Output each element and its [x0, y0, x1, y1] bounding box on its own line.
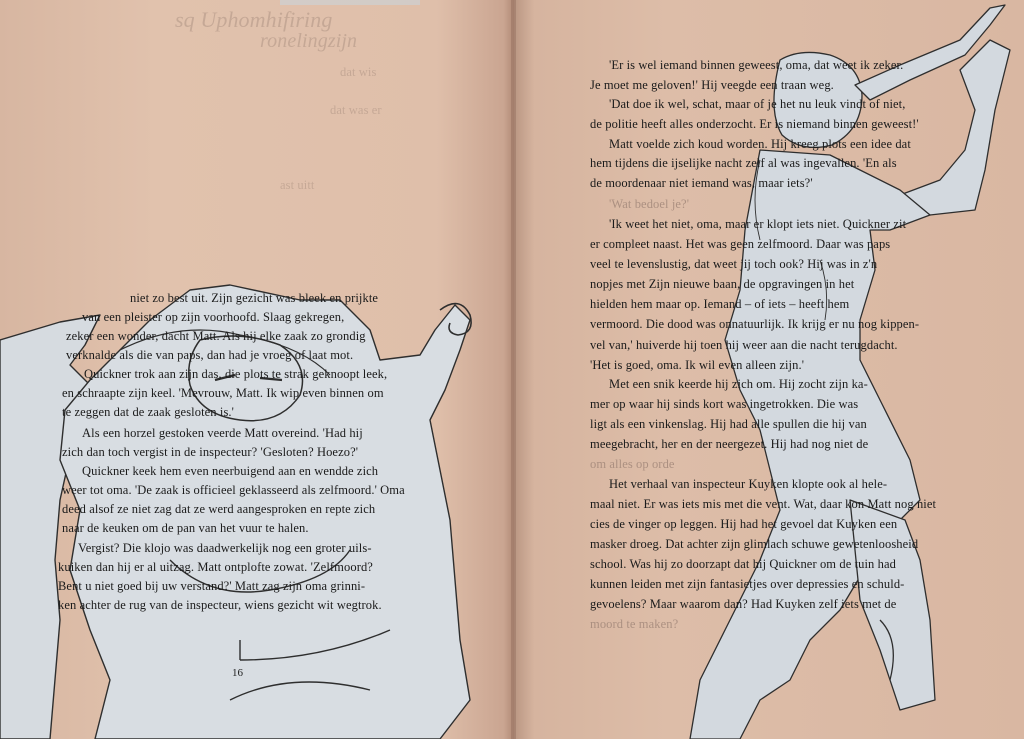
- text-line: vel van,' huiverde hij toen hij weer aan…: [590, 337, 898, 353]
- text-line: vermoord. Die dood was onnatuurlijk. Ik …: [590, 316, 919, 332]
- text-line: Je moet me geloven!' Hij veegde een traa…: [590, 77, 834, 93]
- text-line: 'Er is wel iemand binnen geweest, oma, d…: [609, 57, 903, 73]
- text-line: er compleet naast. Het was geen zelfmoor…: [590, 236, 890, 252]
- text-line: maal niet. Er was iets mis met die vent.…: [590, 496, 936, 512]
- text-line: Quickner trok aan zijn das, die plots te…: [84, 366, 387, 382]
- text-line: gevoelens? Maar waarom dan? Had Kuyken z…: [590, 596, 896, 612]
- text-line: de politie heeft alles onderzocht. Er is…: [590, 116, 919, 132]
- text-line: zich dan toch vergist in de inspecteur? …: [62, 444, 358, 460]
- text-line: naar de keuken om de pan van het vuur te…: [62, 520, 309, 536]
- text-line: kuiken dan hij er al uitzag. Matt ontplo…: [58, 559, 373, 575]
- text-line: veel te levenslustig, dat weet jij toch …: [590, 256, 877, 272]
- text-line: weer tot oma. 'De zaak is officieel gekl…: [62, 482, 405, 498]
- text-line: 'Wat bedoel je?': [609, 196, 689, 212]
- text-line: niet zo best uit. Zijn gezicht was bleek…: [130, 290, 378, 306]
- text-line: masker droeg. Dat achter zijn glimlach s…: [590, 536, 918, 552]
- text-line: meegebracht, her en der neergezet. Hij h…: [590, 436, 868, 452]
- page-number: 16: [232, 667, 243, 679]
- text-line: 'Dat doe ik wel, schat, maar of je het n…: [609, 96, 905, 112]
- text-line: Quickner keek hem even neerbuigend aan e…: [82, 463, 378, 479]
- text-line: nopjes met Zijn nieuwe baan, de opgravin…: [590, 276, 854, 292]
- text-line: van een pleister op zijn voorhoofd. Slaa…: [82, 309, 344, 325]
- text-line: Als een horzel gestoken veerde Matt over…: [82, 425, 363, 441]
- text-line: ken achter de rug van de inspecteur, wie…: [58, 597, 382, 613]
- text-line: moord te maken?: [590, 616, 678, 632]
- text-line: 'Ik weet het niet, oma, maar er klopt ie…: [609, 216, 906, 232]
- text-line: om alles op orde: [590, 456, 675, 472]
- text-line: Met een snik keerde hij zich om. Hij zoc…: [609, 376, 868, 392]
- text-line: 'Het is goed, oma. Ik wil even alleen zi…: [590, 357, 804, 373]
- text-line: deed alsof ze niet zag dat ze werd aange…: [62, 501, 375, 517]
- text-line: zeker een wonder, dacht Matt. Als hij el…: [66, 328, 366, 344]
- text-line: kunnen leiden met zijn fantasietjes over…: [590, 576, 904, 592]
- text-line: cies de vinger op leggen. Hij had het ge…: [590, 516, 897, 532]
- text-line: Vergist? Die klojo was daadwerkelijk nog…: [78, 540, 372, 556]
- text-line: te zeggen dat de zaak gesloten is.': [62, 404, 234, 420]
- text-line: en schraapte zijn keel. 'Mevrouw, Matt. …: [62, 385, 384, 401]
- text-line: de moordenaar niet iemand was, maar iets…: [590, 175, 813, 191]
- text-line: Bent u niet goed bij uw verstand?' Matt …: [58, 578, 365, 594]
- text-line: hem tijdens die ijselijke nacht zelf al …: [590, 155, 897, 171]
- text-line: school. Was hij zo doorzapt dat hij Quic…: [590, 556, 896, 572]
- text-line: Het verhaal van inspecteur Kuyken klopte…: [609, 476, 887, 492]
- text-line: hielden hem maar op. Iemand – of iets – …: [590, 296, 849, 312]
- text-line: verknalde als die van paps, dan had je v…: [66, 347, 353, 363]
- text-line: mer op waar hij sinds kort was ingetrokk…: [590, 396, 858, 412]
- text-line: ligt als een vinkenslag. Hij had alle sp…: [590, 416, 867, 432]
- text-line: Matt voelde zich koud worden. Hij kreeg …: [609, 136, 911, 152]
